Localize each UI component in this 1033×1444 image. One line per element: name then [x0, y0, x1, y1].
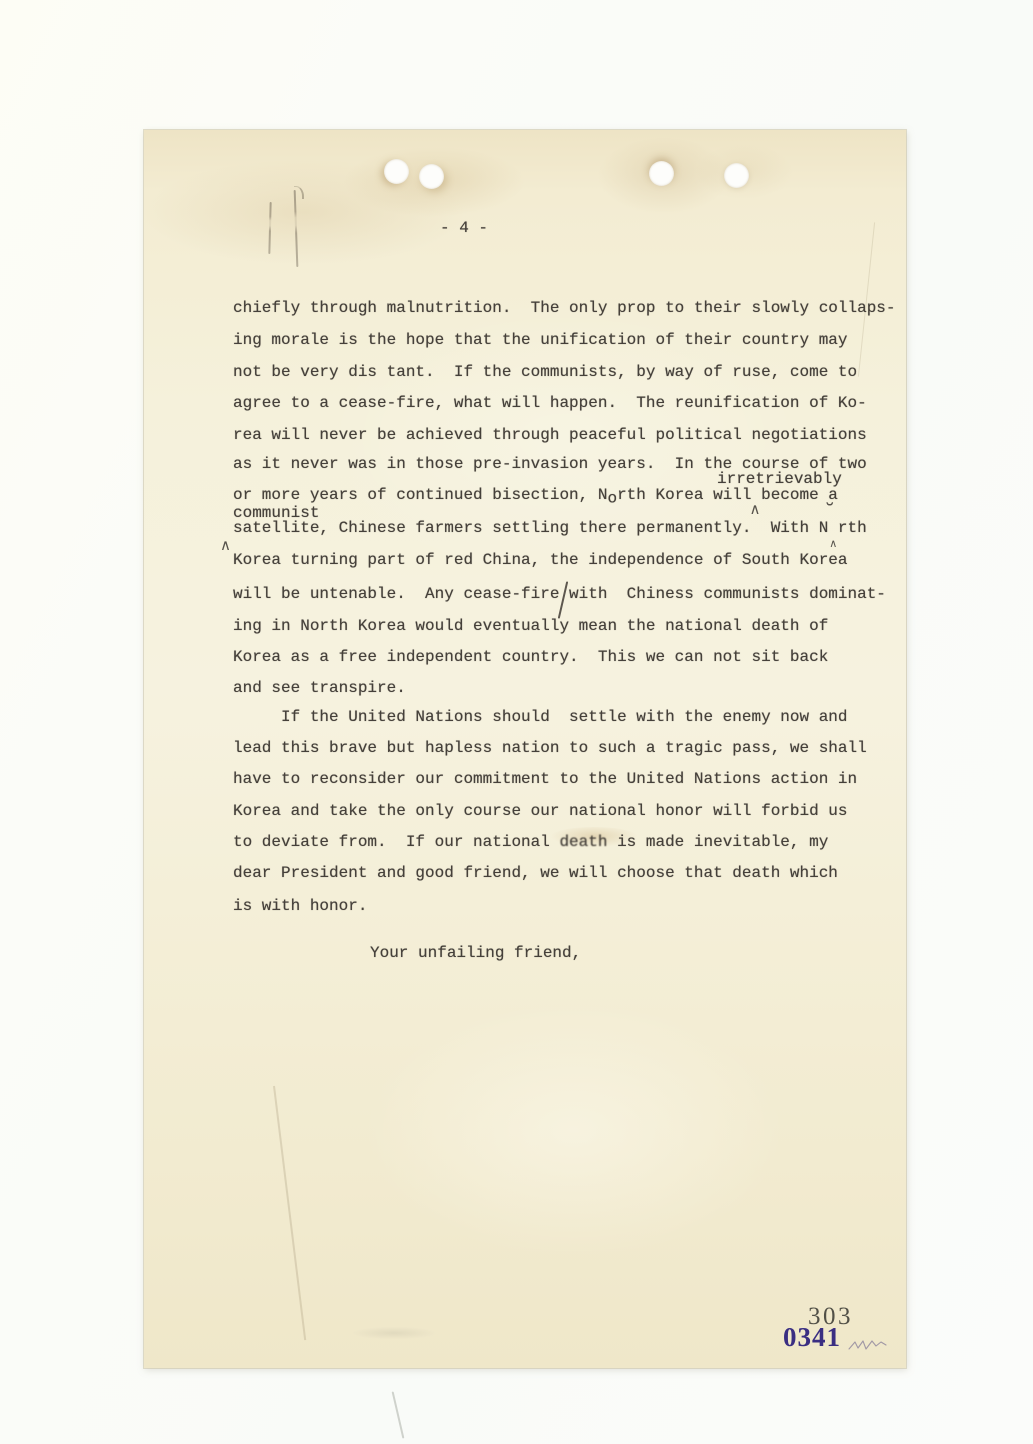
- typed-line-05: rea will never be achieved through peace…: [233, 427, 867, 443]
- dropped-letter-o: o: [607, 491, 617, 507]
- caret-icon: ∧: [829, 536, 837, 552]
- line-text: rth Korea will: [617, 486, 751, 504]
- hole-punch: [724, 163, 749, 188]
- line-text: is made inevitable, my: [607, 833, 828, 851]
- paper-crease: [273, 1086, 306, 1340]
- typed-line-22: is with honor.: [233, 898, 367, 914]
- typed-line-17: lead this brave but hapless nation to su…: [233, 740, 867, 756]
- typed-line-16: If the United Nations should settle with…: [233, 709, 848, 725]
- insertion-slash-icon: [558, 581, 568, 618]
- typed-insertion-irretrievably: irretrievably: [717, 471, 842, 487]
- closing-line: Your unfailing friend,: [370, 945, 581, 961]
- pencil-mark: [268, 202, 271, 254]
- typed-line-15: and see transpire.: [233, 680, 406, 696]
- line-text: with Chiness communists dominat-: [569, 585, 886, 603]
- typed-line-19: Korea and take the only course our natio…: [233, 803, 848, 819]
- typed-line-12: will be untenable. Any cease-firewith Ch…: [233, 586, 886, 602]
- hole-punch: [384, 159, 409, 184]
- page-number: - 4 -: [440, 220, 488, 236]
- typed-line-11: Korea turning part of red China, the ind…: [233, 552, 848, 568]
- pencil-mark: [294, 190, 299, 267]
- typed-line-02: ing morale is the hope that the unificat…: [233, 332, 848, 348]
- smudged-word: death: [559, 833, 607, 851]
- line-text: to deviate from. If our national: [233, 833, 559, 851]
- line-text: will be untenable. Any cease-fire: [233, 585, 559, 603]
- breve-icon: ˘: [824, 509, 835, 519]
- typed-line-20: to deviate from. If our national death i…: [233, 834, 828, 850]
- line-text: or more years of continued bisection, N: [233, 486, 607, 504]
- line-text: rth: [838, 519, 867, 537]
- typed-line-08: or more years of continued bisection, No…: [233, 487, 838, 503]
- typed-line-10: satellite, Chinese farmers settling ther…: [233, 520, 867, 536]
- archive-stamp-number: 0341: [783, 1324, 841, 1351]
- typed-line-01: chiefly through malnutrition. The only p…: [233, 300, 896, 316]
- typed-line-03: not be very dis tant. If the communists,…: [233, 364, 857, 380]
- line-text: satellite, Chinese farmers settling ther…: [233, 519, 828, 537]
- typed-line-13: ing in North Korea would eventually mean…: [233, 618, 828, 634]
- typed-line-21: dear President and good friend, we will …: [233, 865, 838, 881]
- pencil-mark: [392, 1391, 405, 1438]
- letter-page: - 4 - chiefly through malnutrition. The …: [144, 130, 906, 1368]
- pencil-mark: [294, 186, 304, 199]
- hole-punch: [649, 161, 674, 186]
- typed-line-18: have to reconsider our commitment to the…: [233, 771, 857, 787]
- caret-icon: ∧: [750, 501, 761, 517]
- pencil-scribble: [848, 1338, 888, 1354]
- scanned-document-background: { "doc": { "page_number": "- 4 -", "l01"…: [0, 0, 1033, 1444]
- hole-punch: [419, 164, 444, 189]
- typed-line-14: Korea as a free independent country. Thi…: [233, 649, 828, 665]
- insertion-point: ∧: [752, 487, 762, 503]
- caret-icon: ∧: [220, 536, 231, 554]
- typed-line-04: agree to a cease-fire, what will happen.…: [233, 395, 867, 411]
- insertion-point: [559, 586, 569, 602]
- insertion-point: ˘∧: [828, 520, 838, 536]
